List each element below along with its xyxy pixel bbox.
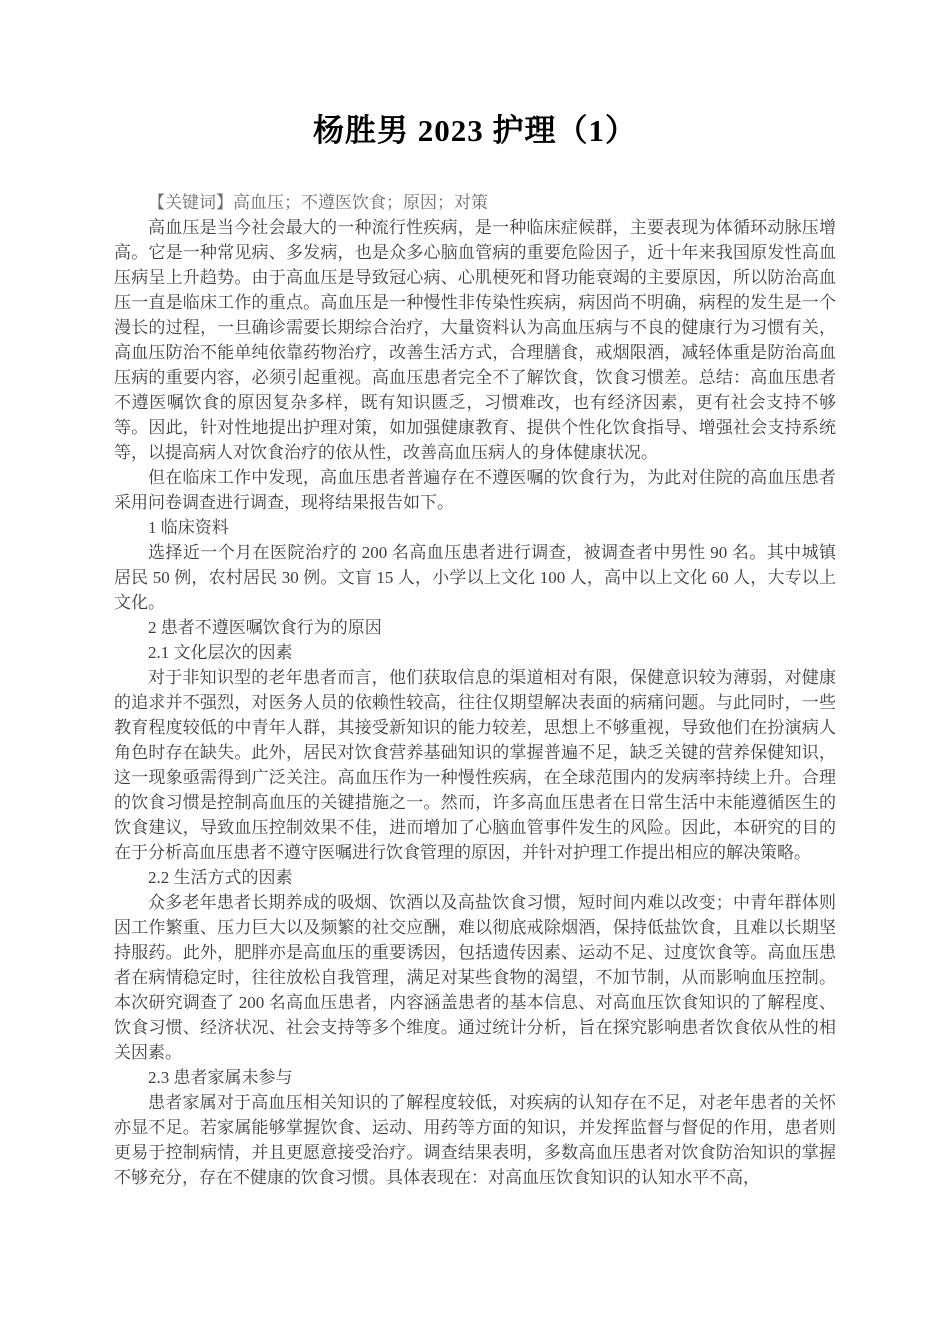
section-heading: 2.3 患者家属未参与 bbox=[114, 1065, 836, 1090]
paragraph: 选择近一个月在医院治疗的 200 名高血压患者进行调查，被调查者中男性 90 名… bbox=[114, 540, 836, 615]
paragraph: 众多老年患者长期养成的吸烟、饮酒以及高盐饮食习惯，短时间内难以改变；中青年群体则… bbox=[114, 890, 836, 1065]
paragraph: 但在临床工作中发现，高血压患者普遍存在不遵医嘱的饮食行为，为此对住院的高血压患者… bbox=[114, 465, 836, 515]
keywords-line: 【关键词】高血压；不遵医饮食；原因；对策 bbox=[114, 190, 836, 215]
document-page: 杨胜男 2023 护理（1） 【关键词】高血压；不遵医饮食；原因；对策 高血压是… bbox=[0, 0, 950, 1344]
document-body: 【关键词】高血压；不遵医饮食；原因；对策 高血压是当今社会最大的一种流行性疾病，… bbox=[114, 190, 836, 1190]
section-heading: 2 患者不遵医嘱饮食行为的原因 bbox=[114, 615, 836, 640]
paragraph: 对于非知识型的老年患者而言，他们获取信息的渠道相对有限，保健意识较为薄弱，对健康… bbox=[114, 665, 836, 865]
keywords-text: 高血压；不遵医饮食；原因；对策 bbox=[233, 193, 488, 212]
keywords-label: 【关键词】 bbox=[148, 193, 233, 212]
section-heading: 2.2 生活方式的因素 bbox=[114, 865, 836, 890]
paragraph: 患者家属对于高血压相关知识的了解程度较低，对疾病的认知存在不足，对老年患者的关怀… bbox=[114, 1090, 836, 1190]
section-heading: 2.1 文化层次的因素 bbox=[114, 640, 836, 665]
document-title: 杨胜男 2023 护理（1） bbox=[0, 0, 950, 154]
section-heading: 1 临床资料 bbox=[114, 515, 836, 540]
paragraph: 高血压是当今社会最大的一种流行性疾病，是一种临床症候群，主要表现为体循环动脉压增… bbox=[114, 215, 836, 465]
